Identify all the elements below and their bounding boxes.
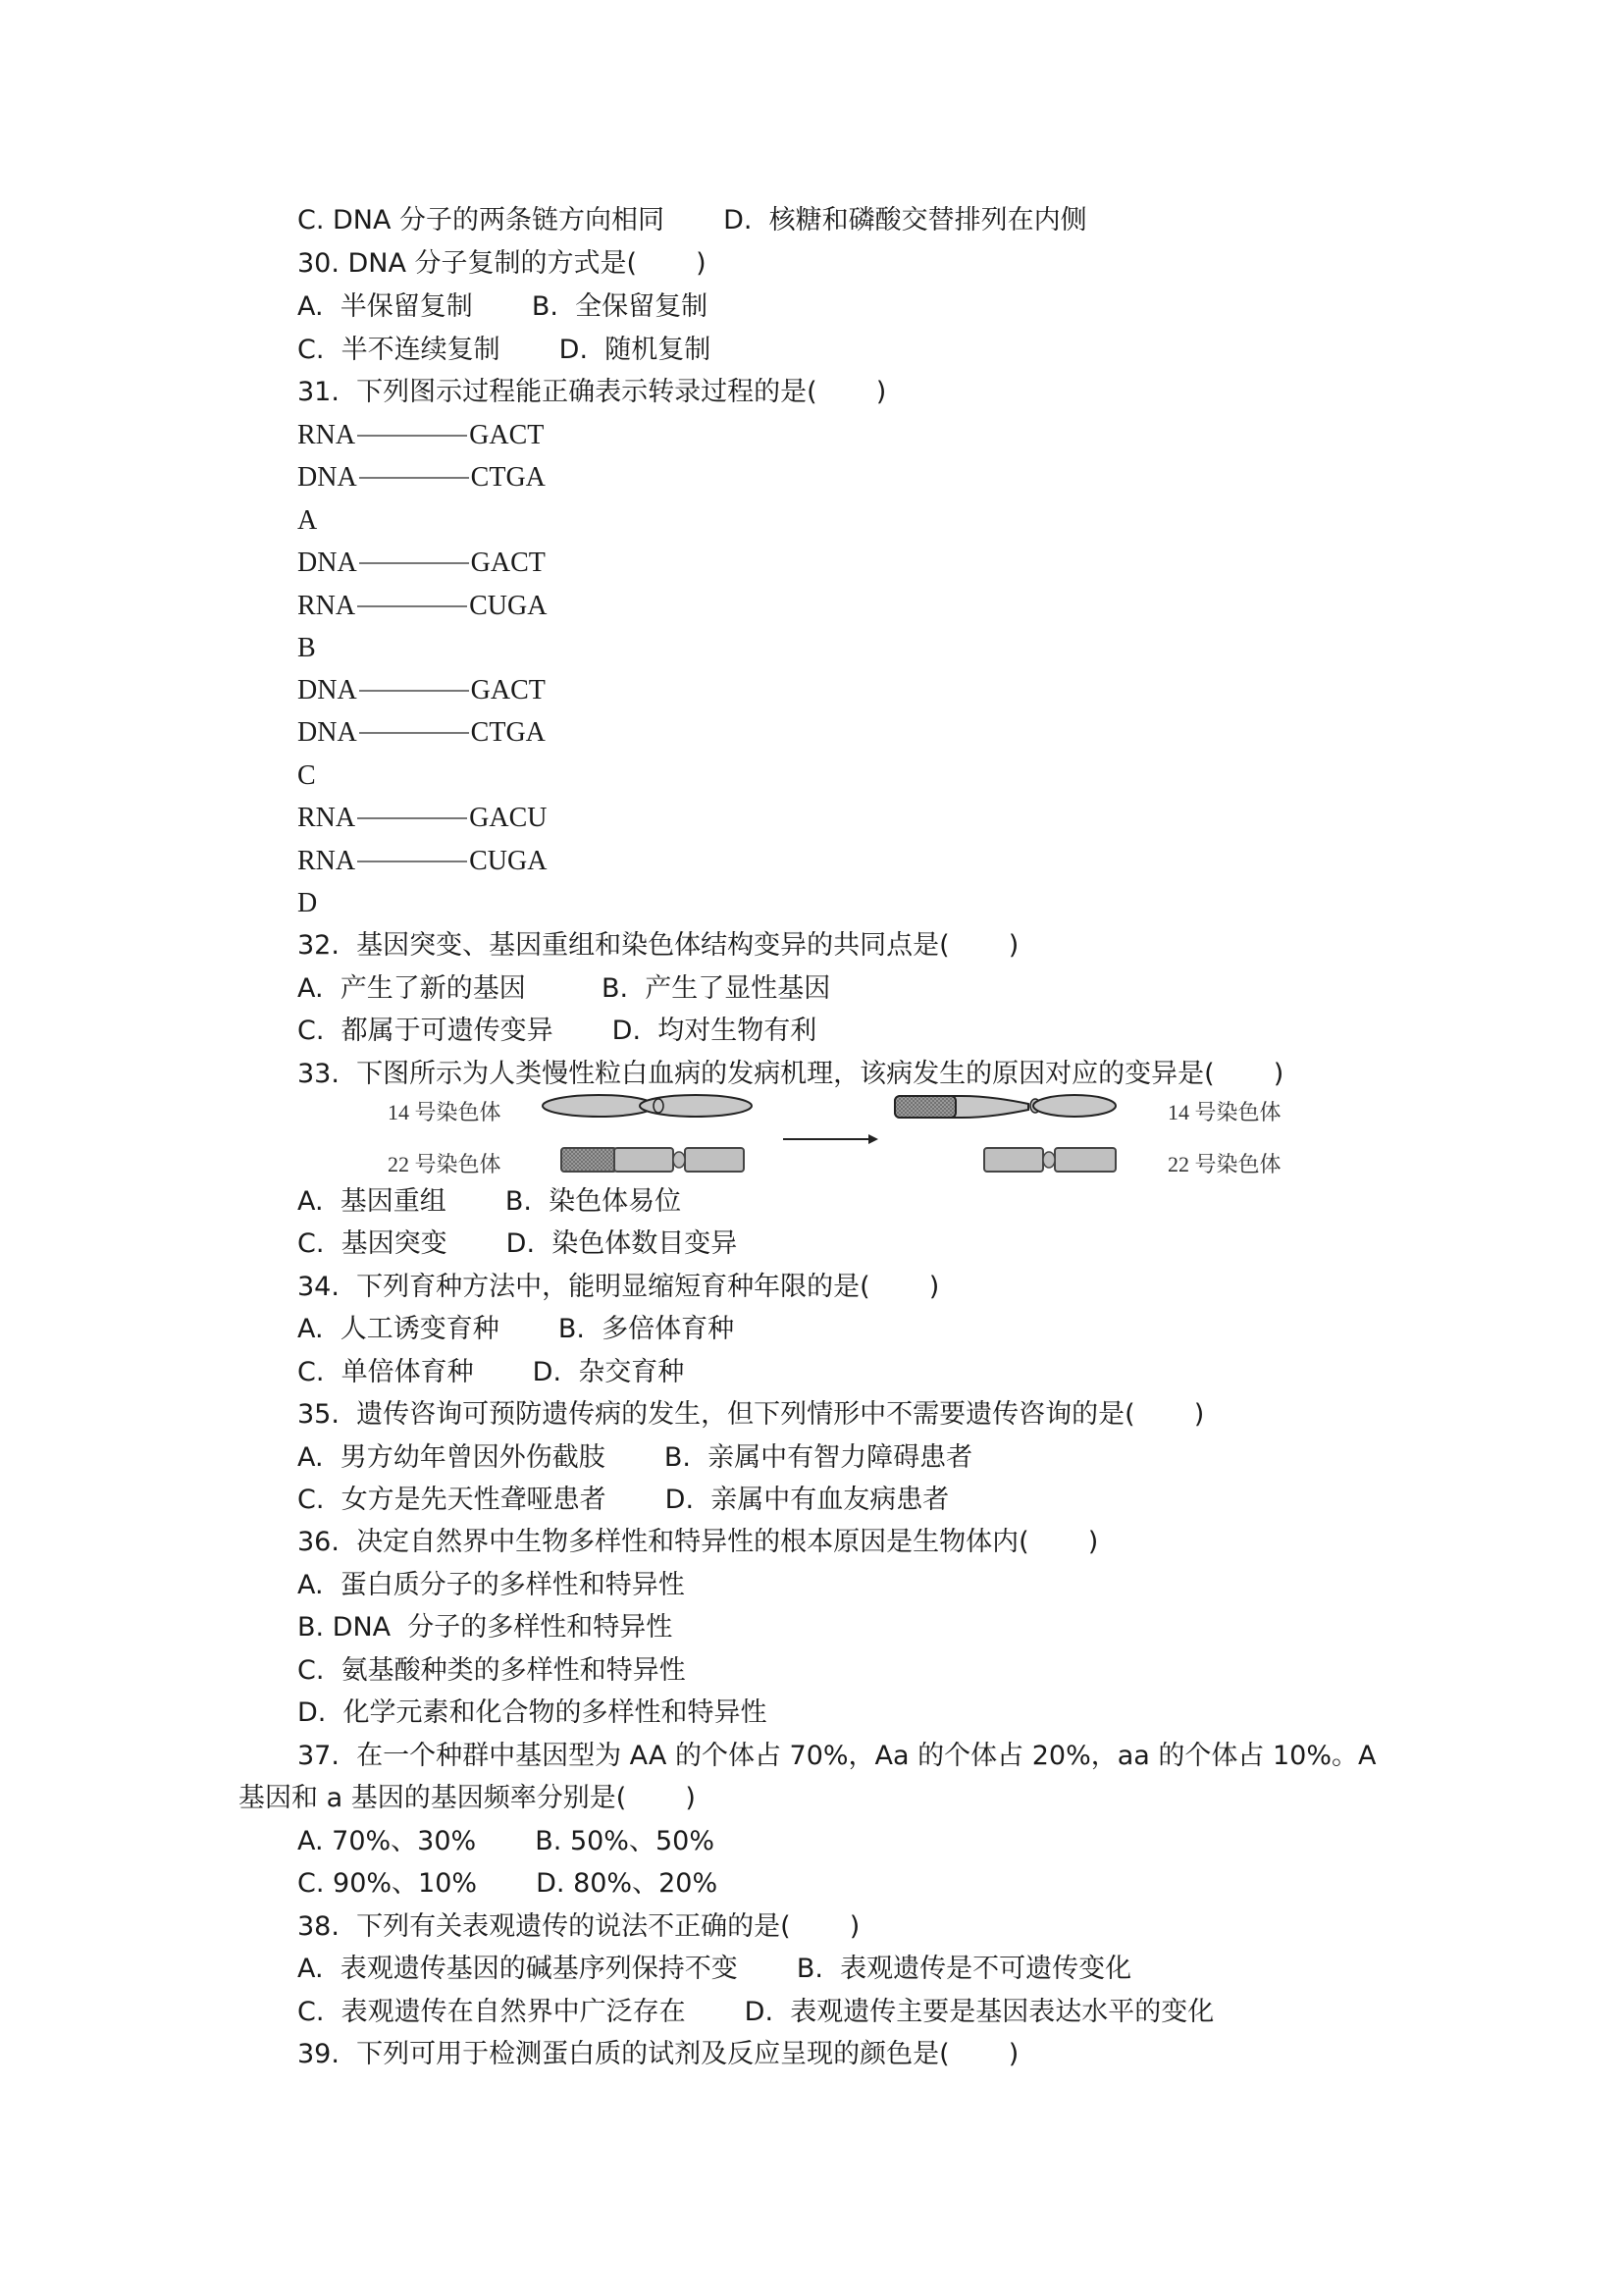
strand-label: DNA [297,716,357,750]
q34-option-ab: A. 人工诱变育种 B. 多倍体育种 [297,1313,734,1346]
bond-line [357,817,467,819]
q31-a-label: A [297,504,317,538]
q33-stem: 33. 下图所示为人类慢性粒白血病的发病机理，该病发生的原因对应的变异是( ) [297,1058,1283,1091]
q39-stem: 39. 下列可用于检测蛋白质的试剂及反应呈现的颜色是( ) [297,2038,1019,2071]
q30-stem: 30. DNA 分子复制的方式是( ) [297,247,707,281]
strand-label: RNA [297,802,355,835]
bond-line [357,435,467,437]
strand-label: DNA [297,674,357,707]
sequence: CUGA [469,845,547,878]
strand-label: DNA [297,547,357,580]
sequence: GACT [471,674,546,707]
q31-c-label: C [297,759,316,793]
q36-option-c: C. 氨基酸种类的多样性和特异性 [297,1654,686,1688]
strand-label: RNA [297,845,355,878]
q31-d-row2: RNACUGA [297,845,547,878]
q36-option-b: B. DNA 分子的多样性和特异性 [297,1611,672,1644]
bond-line [359,690,469,692]
q33-option-cd: C. 基因突变 D. 染色体数目变异 [297,1227,737,1261]
sequence: CTGA [471,461,546,495]
bond-line [357,861,467,862]
bond-line [357,605,467,607]
q37-stem-line1: 37. 在一个种群中基因型为 AA 的个体占 70%，Aa 的个体占 20%，a… [297,1740,1376,1773]
q38-option-cd: C. 表观遗传在自然界中广泛存在 D. 表观遗传主要是基因表达水平的变化 [297,1996,1214,2029]
q31-d-label: D [297,887,317,920]
q31-c-row2: DNACTGA [297,716,546,750]
q31-a-row2: DNACTGA [297,461,546,495]
q36-stem: 36. 决定自然界中生物多样性和特异性的根本原因是生物体内( ) [297,1526,1098,1559]
q30-option-cd: C. 半不连续复制 D. 随机复制 [297,334,710,367]
strand-label: RNA [297,419,355,452]
q31-b-row1: DNAGACT [297,547,546,580]
q29-option-cd: C. DNA 分子的两条链方向相同 D. 核糖和磷酸交替排列在内侧 [297,204,1087,237]
sequence: GACT [471,547,546,580]
chromosome-icon [373,1094,1315,1192]
q30-option-ab: A. 半保留复制 B. 全保留复制 [297,290,707,324]
q36-option-a: A. 蛋白质分子的多样性和特异性 [297,1569,685,1602]
q36-option-d: D. 化学元素和化合物的多样性和特异性 [297,1696,767,1730]
bond-line [359,732,469,734]
q31-a-row1: RNAGACT [297,419,544,452]
q32-stem: 32. 基因突变、基因重组和染色体结构变异的共同点是( ) [297,929,1019,963]
sequence: CTGA [471,716,546,750]
q31-stem: 31. 下列图示过程能正确表示转录过程的是( ) [297,376,886,409]
strand-label: DNA [297,461,357,495]
q35-stem: 35. 遗传咨询可预防遗传病的发生，但下列情形中不需要遗传咨询的是( ) [297,1398,1204,1432]
sequence: GACU [469,802,547,835]
q37-option-ab: A. 70%、30% B. 50%、50% [297,1825,714,1858]
q38-option-ab: A. 表观遗传基因的碱基序列保持不变 B. 表观遗传是不可遗传变化 [297,1953,1131,1986]
q34-option-cd: C. 单倍体育种 D. 杂交育种 [297,1356,684,1389]
q38-stem: 38. 下列有关表观遗传的说法不正确的是( ) [297,1910,860,1944]
q35-option-cd: C. 女方是先天性聋哑患者 D. 亲属中有血友病患者 [297,1484,949,1517]
bond-line [359,562,469,564]
sequence: CUGA [469,590,547,623]
q31-b-row2: RNACUGA [297,590,547,623]
q33-option-ab: A. 基因重组 B. 染色体易位 [297,1185,681,1219]
chromosome-translocation-diagram: 14 号染色体 22 号染色体 14 号染色体 22 号染色体 [373,1094,1315,1192]
q37-option-cd: C. 90%、10% D. 80%、20% [297,1867,717,1901]
sequence: GACT [469,419,544,452]
strand-label: RNA [297,590,355,623]
q37-stem-line2: 基因和 a 基因的基因频率分别是( ) [238,1782,696,1815]
q34-stem: 34. 下列育种方法中，能明显缩短育种年限的是( ) [297,1271,939,1304]
q31-b-label: B [297,632,316,665]
q31-c-row1: DNAGACT [297,674,546,707]
bond-line [359,477,469,479]
q32-option-ab: A. 产生了新的基因 B. 产生了显性基因 [297,972,830,1006]
q31-d-row1: RNAGACU [297,802,547,835]
q35-option-ab: A. 男方幼年曾因外伤截肢 B. 亲属中有智力障碍患者 [297,1441,972,1475]
q32-option-cd: C. 都属于可遗传变异 D. 均对生物有利 [297,1015,816,1048]
